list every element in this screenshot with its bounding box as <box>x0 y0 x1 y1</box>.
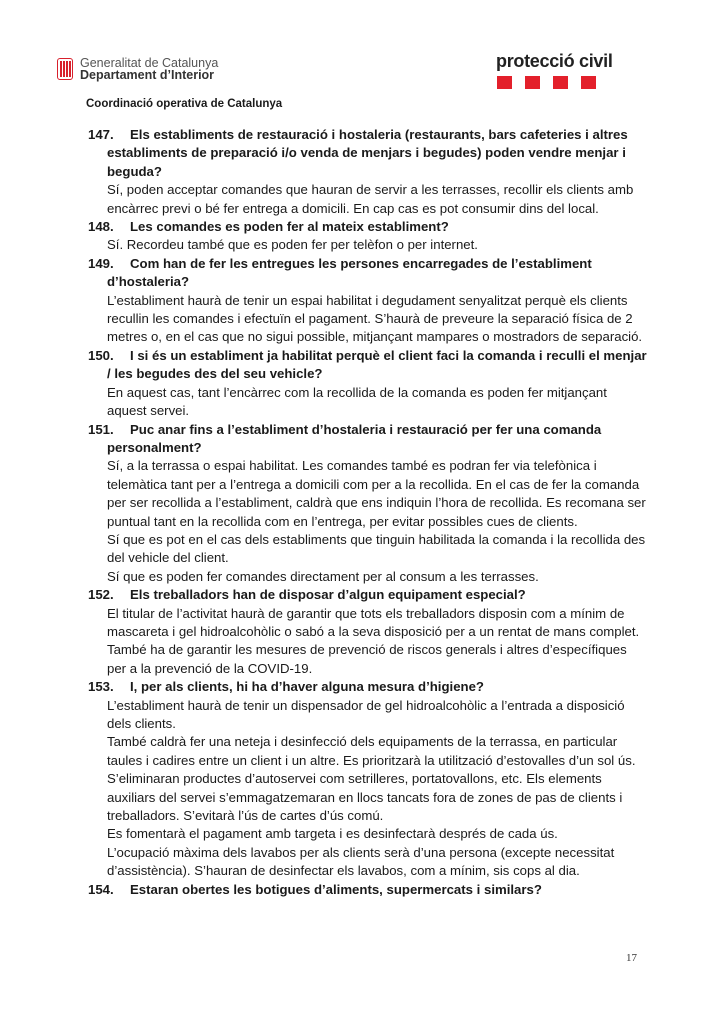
question-text: Els treballadors han de disposar d’algun… <box>130 587 526 602</box>
question-text: Els establiments de restauració i hostal… <box>107 127 628 179</box>
question-text: Estaran obertes les botigues d’aliments,… <box>130 882 542 897</box>
faq-answer: Sí. Recordeu també que es poden fer per … <box>88 236 648 254</box>
question-number: 154. <box>88 881 130 899</box>
faq-answer: L’establiment haurà de tenir un espai ha… <box>88 292 648 347</box>
faq-answer: Sí, poden acceptar comandes que hauran d… <box>88 181 648 218</box>
faq-answer: Es fomentarà el pagament amb targeta i e… <box>88 825 648 843</box>
faq-question: 153.I, per als clients, hi ha d’haver al… <box>88 678 648 696</box>
faq-answer: Sí que es poden fer comandes directament… <box>88 568 648 586</box>
faq-answer: El titular de l’activitat haurà de garan… <box>88 605 648 679</box>
question-text: Com han de fer les entregues les persone… <box>107 256 592 289</box>
question-number: 149. <box>88 255 130 273</box>
faq-question: 148.Les comandes es poden fer al mateix … <box>88 218 648 236</box>
proteccio-civil-logo: protecció civil <box>496 52 613 89</box>
faq-question: 152.Els treballadors han de disposar d’a… <box>88 586 648 604</box>
brand-squares-icon <box>497 76 613 89</box>
faq-answer: L’ocupació màxima dels lavabos per als c… <box>88 844 648 881</box>
document-subtitle: Coordinació operativa de Catalunya <box>86 98 282 110</box>
faq-answer: També caldrà fer una neteja i desinfecci… <box>88 733 648 825</box>
question-number: 151. <box>88 421 130 439</box>
question-number: 148. <box>88 218 130 236</box>
faq-question: 151.Puc anar fins a l’establiment d’host… <box>88 421 648 458</box>
faq-list: 147.Els establiments de restauració i ho… <box>88 126 648 899</box>
question-text: I, per als clients, hi ha d’haver alguna… <box>130 679 484 694</box>
question-number: 153. <box>88 678 130 696</box>
question-number: 147. <box>88 126 130 144</box>
faq-question: 154.Estaran obertes les botigues d’alime… <box>88 881 648 899</box>
faq-answer: L’establiment haurà de tenir un dispensa… <box>88 697 648 734</box>
faq-answer: Sí que es pot en el cas dels establiment… <box>88 531 648 568</box>
question-number: 152. <box>88 586 130 604</box>
question-number: 150. <box>88 347 130 365</box>
department-name: Departament d’Interior <box>80 69 218 81</box>
senyera-logo-icon <box>57 58 73 80</box>
faq-answer: Sí, a la terrassa o espai habilitat. Les… <box>88 457 648 531</box>
faq-question: 150.I si és un establiment ja habilitat … <box>88 347 648 384</box>
question-text: Les comandes es poden fer al mateix esta… <box>130 219 449 234</box>
faq-question: 147.Els establiments de restauració i ho… <box>88 126 648 181</box>
generalitat-logo-block: Generalitat de Catalunya Departament d’I… <box>57 57 218 81</box>
question-text: I si és un establiment ja habilitat perq… <box>107 348 647 381</box>
faq-answer: En aquest cas, tant l’encàrrec com la re… <box>88 384 648 421</box>
faq-question: 149.Com han de fer les entregues les per… <box>88 255 648 292</box>
page-number: 17 <box>626 952 637 964</box>
brand-name: protecció civil <box>496 52 613 70</box>
question-text: Puc anar fins a l’establiment d’hostaler… <box>107 422 601 455</box>
